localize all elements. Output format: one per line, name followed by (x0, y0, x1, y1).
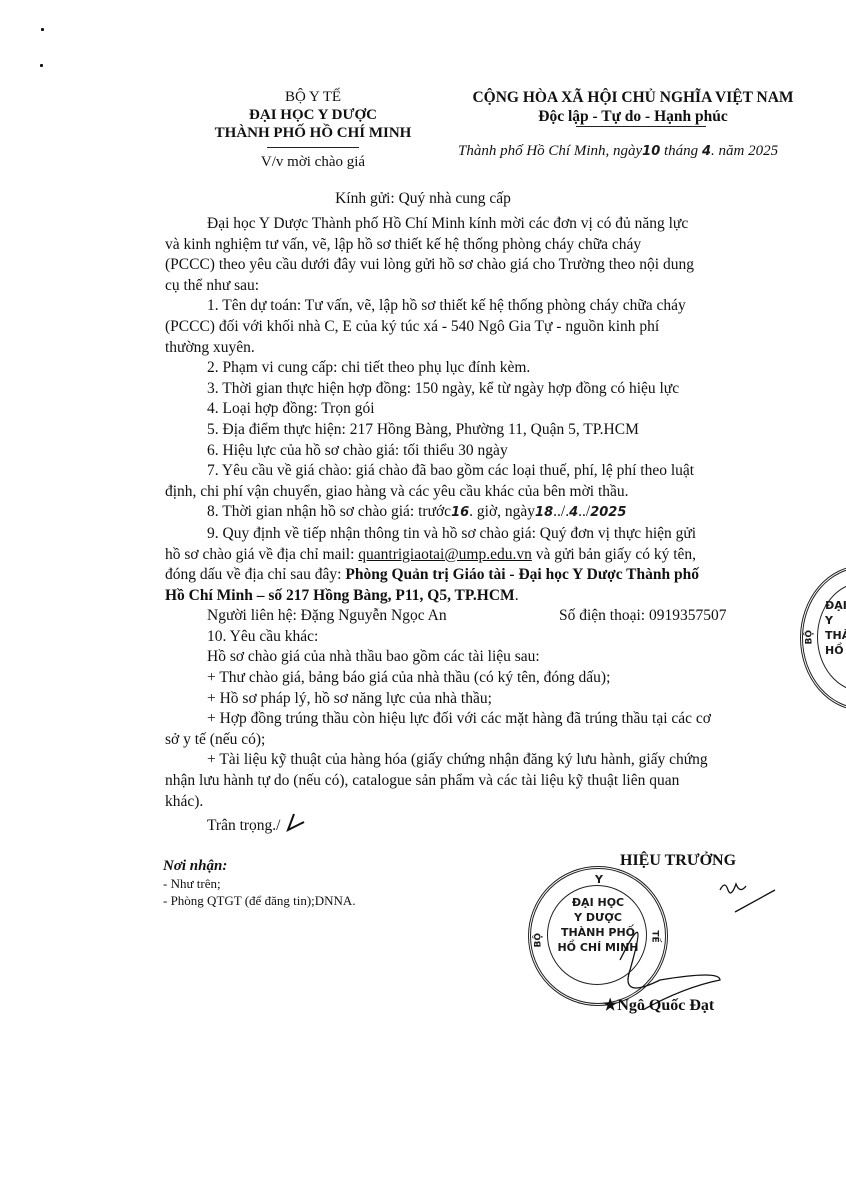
handwritten-deadline-day: 18 (535, 505, 553, 520)
item-2: 2. Phạm vi cung cấp: chi tiết theo phụ l… (165, 358, 795, 379)
item-8-deadline: 8. Thời gian nhận hồ sơ chào giá: trước1… (165, 502, 795, 524)
item-7-line: định, chi phí vận chuyển, giao hàng và c… (165, 482, 795, 503)
nation-name: CỘNG HÒA XÃ HỘI CHỦ NGHĨA VIỆT NAM (448, 88, 818, 107)
date-separator: ../ (578, 503, 590, 520)
handwritten-deadline-year: 2025 (590, 505, 626, 520)
date-prefix: Thành phố Hồ Chí Minh, ngày (458, 143, 642, 159)
recipient-item: - Phòng QTGT (để đăng tin);DNNA. (163, 892, 356, 909)
address-prefix: đóng dấu về địa chỉ sau đây: (165, 566, 345, 583)
item-9-line: Hồ Chí Minh – số 217 Hồng Bàng, P11, Q5,… (165, 586, 795, 607)
greeting: Kính gửi: Quý nhà cung cấp (0, 190, 846, 208)
email-link[interactable]: quantrigiaotai@ump.edu.vn (358, 546, 532, 563)
header-divider (267, 147, 359, 148)
letter-body: Đại học Y Dược Thành phố Hồ Chí Minh kín… (165, 214, 795, 837)
seal-line: Y (825, 613, 846, 628)
closing-text: Trân trọng./ (207, 817, 281, 834)
edge-seal: ĐẠI Y THÀN HỒ C BỘ (800, 565, 846, 711)
seal-left-text: BỘ (532, 934, 547, 948)
item-3: 3. Thời gian thực hiện hợp đồng: 150 ngà… (165, 379, 795, 400)
item-1-line: thường xuyên. (165, 338, 795, 359)
required-doc: + Hồ sơ pháp lý, hồ sơ năng lực của nhà … (165, 689, 795, 710)
item-1-line: 1. Tên dự toán: Tư vấn, vẽ, lập hồ sơ th… (165, 296, 795, 317)
signature-scribble-icon (600, 860, 800, 1010)
seal-line: ĐẠI (825, 598, 846, 613)
item-4: 4. Loại hợp đồng: Trọn gói (165, 399, 795, 420)
item-7-line: 7. Yêu cầu về giá chào: giá chào đã bao … (165, 461, 795, 482)
item-10-intro: Hồ sơ chào giá của nhà thầu bao gồm các … (165, 647, 795, 668)
item-9-line: đóng dấu về địa chỉ sau đây: Phòng Quản … (165, 565, 795, 586)
signer-name-text: Ngô Quốc Đạt (617, 997, 714, 1014)
recipient-item: - Như trên; (163, 875, 356, 892)
signer-name: ★Ngô Quốc Đạt (603, 995, 714, 1015)
handwritten-month: 4 (702, 144, 711, 159)
contact-phone: Số điện thoại: 0919357507 (517, 606, 726, 627)
month-label: tháng (664, 143, 698, 159)
seal-line: HỒ C (825, 643, 846, 658)
motto-underline (576, 126, 706, 127)
required-doc: + Hợp đồng trúng thầu còn hiệu lực đối v… (165, 709, 795, 730)
intro-line: (PCCC) theo yêu cầu dưới đây vui lòng gử… (165, 255, 795, 276)
initial-mark-icon (284, 812, 308, 834)
item-1-line: (PCCC) đối với khối nhà C, E của ký túc … (165, 317, 795, 338)
item-5: 5. Địa điểm thực hiện: 217 Hồng Bàng, Ph… (165, 420, 795, 441)
scan-speck (41, 28, 44, 31)
intro-line: và kinh nghiệm tư vấn, vẽ, lập hồ sơ thi… (165, 235, 795, 256)
required-doc: sở y tế (nếu có); (165, 730, 795, 751)
year-label: . năm 2025 (711, 143, 778, 159)
required-doc: + Thư chào giá, bảng báo giá của nhà thầ… (165, 668, 795, 689)
edge-seal-text: ĐẠI Y THÀN HỒ C (825, 598, 846, 658)
document-date: Thành phố Hồ Chí Minh, ngày10 tháng 4. n… (458, 143, 778, 160)
seal-left-text: BỘ (803, 631, 818, 645)
required-doc: nhận lưu hành tự do (nếu có), catalogue … (165, 771, 795, 792)
national-header: CỘNG HÒA XÃ HỘI CHỦ NGHĨA VIỆT NAM Độc l… (448, 88, 818, 126)
item-9-line: hồ sơ chào giá về địa chỉ mail: quantrig… (165, 545, 795, 566)
document-subject: V/v mời chào giá (178, 153, 448, 171)
recipients: Nơi nhận: - Như trên; - Phòng QTGT (để đ… (163, 858, 356, 909)
handwritten-deadline-month: 4 (569, 505, 578, 520)
office-address: Phòng Quản trị Giáo tài - Đại học Y Dược… (345, 566, 699, 583)
required-doc: khác). (165, 792, 795, 813)
item-6: 6. Hiệu lực của hồ sơ chào giá: tối thiể… (165, 441, 795, 462)
contact-person: Người liên hệ: Đặng Nguyễn Ngọc An (207, 607, 447, 624)
closing: Trân trọng./ (165, 812, 795, 837)
scan-speck (40, 64, 43, 67)
organization-name: ĐẠI HỌC Y DƯỢC (178, 106, 448, 124)
intro-line: cụ thể như sau: (165, 276, 795, 297)
seal-line: THÀN (825, 628, 846, 643)
office-address: Hồ Chí Minh – số 217 Hồng Bàng, P11, Q5,… (165, 587, 515, 604)
organization-city: THÀNH PHỐ HỒ CHÍ MINH (178, 124, 448, 142)
national-motto: Độc lập - Tự do - Hạnh phúc (448, 107, 818, 126)
email-prefix: hồ sơ chào giá về địa chỉ mail: (165, 546, 358, 563)
item-9-line: 9. Quy định về tiếp nhận thông tin và hồ… (165, 524, 795, 545)
ministry-name: BỘ Y TẾ (178, 88, 448, 106)
deadline-mid: . giờ, ngày (469, 503, 535, 520)
issuer-header: BỘ Y TẾ ĐẠI HỌC Y DƯỢC THÀNH PHỐ HỒ CHÍ … (178, 88, 448, 171)
recipients-title: Nơi nhận: (163, 858, 356, 875)
address-end: . (515, 587, 519, 604)
email-suffix: và gửi bản giấy có ký tên, (532, 546, 696, 563)
date-separator: ../. (553, 503, 569, 520)
intro-line: Đại học Y Dược Thành phố Hồ Chí Minh kín… (165, 214, 795, 235)
contact-line: Người liên hệ: Đặng Nguyễn Ngọc An Số đi… (165, 606, 795, 627)
deadline-prefix: 8. Thời gian nhận hồ sơ chào giá: trước (207, 503, 451, 520)
required-doc: + Tài liệu kỹ thuật của hàng hóa (giấy c… (165, 750, 795, 771)
handwritten-hour: 16 (451, 505, 469, 520)
item-10-title: 10. Yêu cầu khác: (165, 627, 795, 648)
handwritten-day: 10 (642, 144, 660, 159)
